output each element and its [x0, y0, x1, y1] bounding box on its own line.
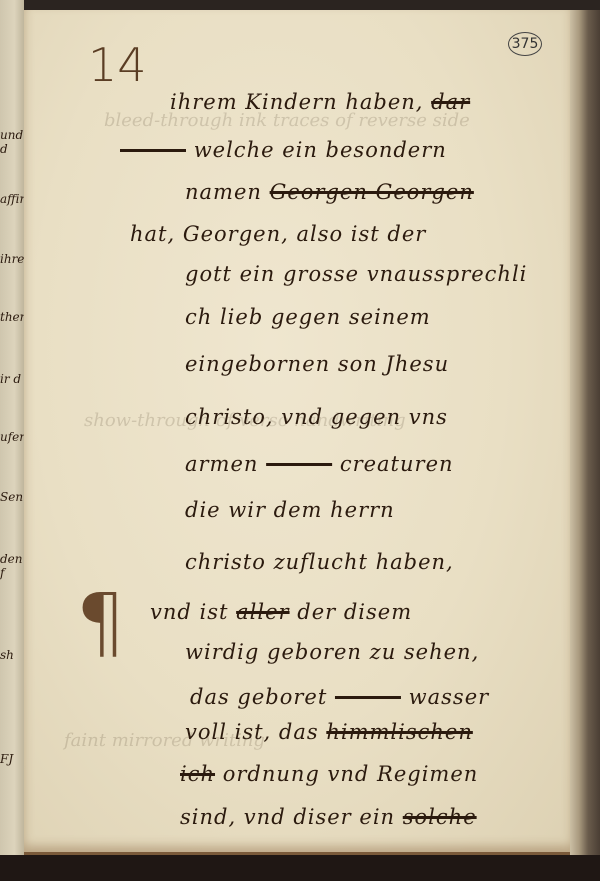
left-fragment: den f	[0, 552, 24, 580]
manuscript-line: christo zuflucht haben,	[185, 550, 454, 574]
archive-stamp: 375	[508, 32, 542, 56]
facing-page-edge: und d affing ihren then ir d ufen Sen de…	[0, 0, 24, 881]
left-fragment: FJ	[0, 752, 13, 766]
manuscript-line: die wir dem herrn	[185, 498, 395, 522]
folio-number: 14	[88, 38, 147, 92]
manuscript-line: sind, vnd diser ein solche	[180, 805, 477, 829]
left-fragment: ufen	[0, 430, 27, 444]
manuscript-line: hat, Georgen, also ist der	[130, 222, 426, 246]
manuscript-line: wirdig geboren zu sehen,	[185, 640, 479, 664]
paragraph-mark: ¶	[76, 578, 126, 668]
manuscript-line: ch lieb gegen seinem	[185, 305, 431, 329]
left-fragment: und d	[0, 128, 24, 156]
left-fragment: ir d	[0, 372, 21, 386]
manuscript-line: voll ist, das himmlischen	[185, 720, 473, 744]
manuscript-line: namen Georgen Georgen	[185, 180, 474, 204]
left-fragment: Sen	[0, 490, 23, 504]
manuscript-line: gott ein grosse vnaussprechli	[185, 262, 527, 286]
manuscript-line: das geboret ——— wasser	[190, 685, 489, 709]
page-block-edge	[570, 10, 600, 860]
book-bottom-shadow	[0, 855, 600, 881]
manuscript-line: christo, vnd gegen vns	[185, 405, 448, 429]
left-fragment: sh	[0, 648, 14, 662]
manuscript-line: armen ——— creaturen	[185, 452, 454, 476]
manuscript-line: ich ordnung vnd Regimen	[180, 762, 478, 786]
manuscript-line: ——— welche ein besondern	[120, 138, 447, 162]
manuscript-line: vnd ist aller der disem	[150, 600, 412, 624]
manuscript-line: ihrem Kindern haben, dar	[170, 90, 470, 114]
manuscript-line: eingebornen son Jhesu	[185, 352, 449, 376]
